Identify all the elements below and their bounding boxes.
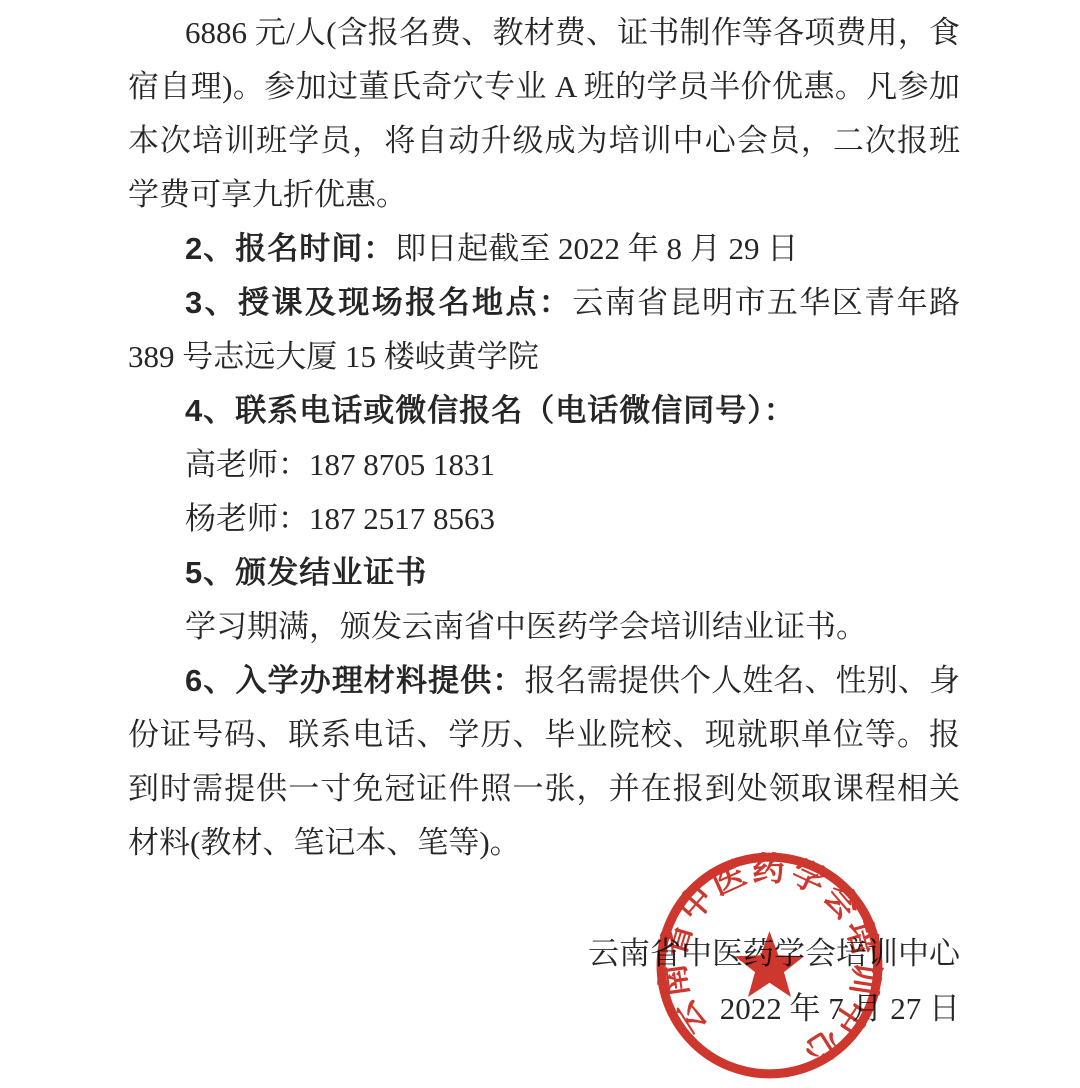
item-3-lead: 3、授课及现场报名地点： xyxy=(185,285,572,320)
item-4-lead: 4、联系电话或微信报名（电话微信同号）： xyxy=(185,393,796,428)
item-2-text: 即日起截至 2022 年 8 月 29 日 xyxy=(395,231,798,266)
item-6-lead: 6、入学办理材料提供： xyxy=(185,663,525,698)
certificate-detail: 学习期满，颁发云南省中医药学会培训结业证书。 xyxy=(128,600,960,654)
document-page: 6886 元/人(含报名费、教材费、证书制作等各项费用，食宿自理)。参加过董氏奇… xyxy=(0,0,1080,1088)
item-5-certificate-heading: 5、颁发结业证书 xyxy=(128,546,960,600)
item-2-lead: 2、报名时间： xyxy=(185,231,395,266)
item-6-materials: 6、入学办理材料提供：报名需提供个人姓名、性别、身份证号码、联系电话、学历、毕业… xyxy=(128,654,960,870)
item-4-contact-heading: 4、联系电话或微信报名（电话微信同号）： xyxy=(128,384,960,438)
contact-phone-gao: 高老师：187 8705 1831 xyxy=(128,438,960,492)
contact-phone-yang: 杨老师：187 2517 8563 xyxy=(128,492,960,546)
item-3-location: 3、授课及现场报名地点：云南省昆明市五华区青年路 389 号志远大厦 15 楼岐… xyxy=(128,276,960,384)
contact-phone-yang-text: 杨老师：187 2517 8563 xyxy=(185,501,495,536)
official-seal-stamp: 云南省中医药学会培训中心 xyxy=(651,847,888,1084)
paragraph-text: 6886 元/人(含报名费、教材费、证书制作等各项费用，食宿自理)。参加过董氏奇… xyxy=(128,15,960,212)
contact-phone-gao-text: 高老师：187 8705 1831 xyxy=(185,447,495,482)
paragraph-tuition-fee: 6886 元/人(含报名费、教材费、证书制作等各项费用，食宿自理)。参加过董氏奇… xyxy=(128,6,960,222)
item-5-lead: 5、颁发结业证书 xyxy=(185,555,427,590)
seal-star-icon xyxy=(735,931,804,997)
item-2-signup-time: 2、报名时间：即日起截至 2022 年 8 月 29 日 xyxy=(128,222,960,276)
certificate-detail-text: 学习期满，颁发云南省中医药学会培训结业证书。 xyxy=(185,609,867,644)
